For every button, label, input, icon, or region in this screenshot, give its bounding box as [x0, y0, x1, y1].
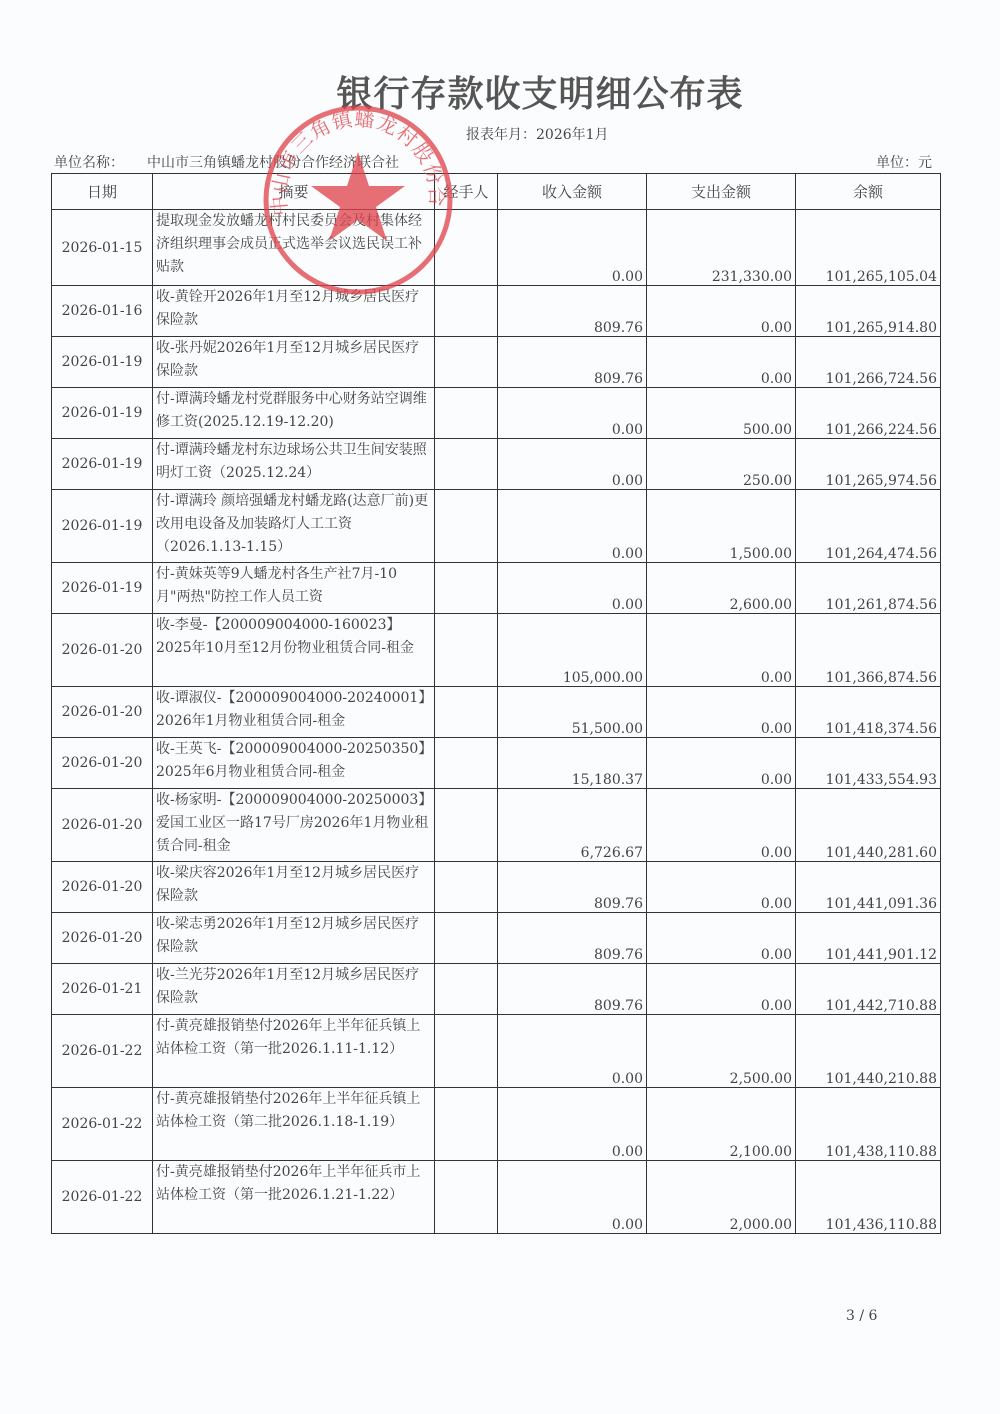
handler-cell: [435, 862, 498, 913]
income-cell: 809.76: [498, 286, 647, 337]
table-row: 2026-01-19付-谭满玲蟠龙村党群服务中心财务站空调维修工资(2025.1…: [52, 388, 941, 439]
date-cell: 2026-01-19: [52, 337, 153, 388]
unit-name-label: 单位名称：: [54, 152, 124, 172]
expense-cell: 2,500.00: [647, 1015, 796, 1088]
balance-cell: 101,265,105.04: [796, 210, 941, 286]
unit-name: 中山市三角镇蟠龙村股份合作经济联合社: [147, 152, 399, 172]
expense-cell: 2,600.00: [647, 563, 796, 614]
expense-cell: 231,330.00: [647, 210, 796, 286]
page-title: 银行存款收支明细公布表: [0, 66, 1000, 117]
expense-cell: 0.00: [647, 614, 796, 687]
income-cell: 105,000.00: [498, 614, 647, 687]
expense-cell: 0.00: [647, 337, 796, 388]
expense-cell: 500.00: [647, 388, 796, 439]
balance-cell: 101,266,724.56: [796, 337, 941, 388]
page-number: 3 / 6: [846, 1308, 877, 1324]
balance-cell: 101,265,914.80: [796, 286, 941, 337]
report-period: 报表年月：2026年1月: [466, 124, 609, 144]
income-cell: 0.00: [498, 1015, 647, 1088]
balance-cell: 101,418,374.56: [796, 687, 941, 738]
summary-cell: 收-黄铨开2026年1月至12月城乡居民医疗保险款: [153, 286, 435, 337]
balance-cell: 101,440,210.88: [796, 1015, 941, 1088]
income-cell: 809.76: [498, 862, 647, 913]
expense-cell: 0.00: [647, 913, 796, 964]
summary-cell: 付-黄亮雄报销垫付2026年上半年征兵镇上站体检工资（第二批2026.1.18-…: [153, 1088, 435, 1161]
table-row: 2026-01-21收-兰光芬2026年1月至12月城乡居民医疗保险款809.7…: [52, 964, 941, 1015]
expense-cell: 0.00: [647, 738, 796, 789]
income-cell: 809.76: [498, 964, 647, 1015]
table-row: 2026-01-22付-黄亮雄报销垫付2026年上半年征兵镇上站体检工资（第二批…: [52, 1088, 941, 1161]
summary-cell: 收-张丹妮2026年1月至12月城乡居民医疗保险款: [153, 337, 435, 388]
summary-cell: 收-王英飞-【200009004000-20250350】2025年6月物业租赁…: [153, 738, 435, 789]
table-row: 2026-01-22付-黄亮雄报销垫付2026年上半年征兵市上站体检工资（第一批…: [52, 1161, 941, 1234]
balance-cell: 101,440,281.60: [796, 789, 941, 862]
table-row: 2026-01-19付-谭满玲 颜培强蟠龙村蟠龙路(达意厂前)更改用电设备及加装…: [52, 490, 941, 563]
income-cell: 0.00: [498, 490, 647, 563]
handler-cell: [435, 913, 498, 964]
balance-cell: 101,438,110.88: [796, 1088, 941, 1161]
table-header-row: 日期 摘要 经手人 收入金额 支出金额 余额: [52, 174, 941, 210]
expense-cell: 2,100.00: [647, 1088, 796, 1161]
date-cell: 2026-01-22: [52, 1015, 153, 1088]
table-row: 2026-01-19付-谭满玲蟠龙村东边球场公共卫生间安装照明灯工资（2025.…: [52, 439, 941, 490]
expense-cell: 0.00: [647, 789, 796, 862]
expense-cell: 0.00: [647, 687, 796, 738]
balance-cell: 101,441,901.12: [796, 913, 941, 964]
handler-cell: [435, 964, 498, 1015]
date-cell: 2026-01-19: [52, 563, 153, 614]
column-header-summary: 摘要: [153, 174, 435, 210]
handler-cell: [435, 286, 498, 337]
handler-cell: [435, 1161, 498, 1234]
income-cell: 809.76: [498, 913, 647, 964]
date-cell: 2026-01-20: [52, 862, 153, 913]
balance-cell: 101,441,091.36: [796, 862, 941, 913]
handler-cell: [435, 614, 498, 687]
date-cell: 2026-01-21: [52, 964, 153, 1015]
column-header-expense: 支出金额: [647, 174, 796, 210]
summary-cell: 付-谭满玲蟠龙村东边球场公共卫生间安装照明灯工资（2025.12.24）: [153, 439, 435, 490]
balance-cell: 101,433,554.93: [796, 738, 941, 789]
balance-cell: 101,264,474.56: [796, 490, 941, 563]
date-cell: 2026-01-16: [52, 286, 153, 337]
date-cell: 2026-01-19: [52, 388, 153, 439]
handler-cell: [435, 738, 498, 789]
handler-cell: [435, 439, 498, 490]
ledger-body: 2026-01-15提取现金发放蟠龙村村民委员会及村集体经济组织理事会成员正式选…: [52, 210, 941, 1234]
column-header-income: 收入金额: [498, 174, 647, 210]
date-cell: 2026-01-15: [52, 210, 153, 286]
table-row: 2026-01-20收-王英飞-【200009004000-20250350】2…: [52, 738, 941, 789]
income-cell: 0.00: [498, 563, 647, 614]
summary-cell: 收-兰光芬2026年1月至12月城乡居民医疗保险款: [153, 964, 435, 1015]
column-header-handler: 经手人: [435, 174, 498, 210]
date-cell: 2026-01-20: [52, 687, 153, 738]
handler-cell: [435, 687, 498, 738]
table-row: 2026-01-16收-黄铨开2026年1月至12月城乡居民医疗保险款809.7…: [52, 286, 941, 337]
handler-cell: [435, 388, 498, 439]
summary-cell: 收-李曼-【200009004000-160023】2025年10月至12月份物…: [153, 614, 435, 687]
table-row: 2026-01-19收-张丹妮2026年1月至12月城乡居民医疗保险款809.7…: [52, 337, 941, 388]
income-cell: 0.00: [498, 210, 647, 286]
expense-cell: 1,500.00: [647, 490, 796, 563]
date-cell: 2026-01-19: [52, 490, 153, 563]
table-row: 2026-01-20收-梁志勇2026年1月至12月城乡居民医疗保险款809.7…: [52, 913, 941, 964]
balance-cell: 101,366,874.56: [796, 614, 941, 687]
balance-cell: 101,442,710.88: [796, 964, 941, 1015]
table-row: 2026-01-20收-李曼-【200009004000-160023】2025…: [52, 614, 941, 687]
income-cell: 6,726.67: [498, 789, 647, 862]
income-cell: 809.76: [498, 337, 647, 388]
table-row: 2026-01-20收-杨家明-【200009004000-20250003】爱…: [52, 789, 941, 862]
summary-cell: 付-谭满玲蟠龙村党群服务中心财务站空调维修工资(2025.12.19-12.20…: [153, 388, 435, 439]
summary-cell: 付-黄亮雄报销垫付2026年上半年征兵镇上站体检工资（第一批2026.1.11-…: [153, 1015, 435, 1088]
summary-cell: 收-梁庆容2026年1月至12月城乡居民医疗保险款: [153, 862, 435, 913]
summary-cell: 付-谭满玲 颜培强蟠龙村蟠龙路(达意厂前)更改用电设备及加装路灯人工工资（202…: [153, 490, 435, 563]
date-cell: 2026-01-22: [52, 1161, 153, 1234]
table-row: 2026-01-22付-黄亮雄报销垫付2026年上半年征兵镇上站体检工资（第一批…: [52, 1015, 941, 1088]
handler-cell: [435, 490, 498, 563]
income-cell: 0.00: [498, 388, 647, 439]
table-row: 2026-01-15提取现金发放蟠龙村村民委员会及村集体经济组织理事会成员正式选…: [52, 210, 941, 286]
handler-cell: [435, 337, 498, 388]
date-cell: 2026-01-20: [52, 789, 153, 862]
income-cell: 15,180.37: [498, 738, 647, 789]
income-cell: 0.00: [498, 1088, 647, 1161]
income-cell: 0.00: [498, 1161, 647, 1234]
summary-cell: 付-黄妹英等9人蟠龙村各生产社7月-10月"两热"防控工作人员工资: [153, 563, 435, 614]
summary-cell: 收-杨家明-【200009004000-20250003】爱国工业区一路17号厂…: [153, 789, 435, 862]
handler-cell: [435, 1088, 498, 1161]
expense-cell: 2,000.00: [647, 1161, 796, 1234]
table-row: 2026-01-20收-梁庆容2026年1月至12月城乡居民医疗保险款809.7…: [52, 862, 941, 913]
summary-cell: 付-黄亮雄报销垫付2026年上半年征兵市上站体检工资（第一批2026.1.21-…: [153, 1161, 435, 1234]
handler-cell: [435, 563, 498, 614]
balance-cell: 101,261,874.56: [796, 563, 941, 614]
handler-cell: [435, 1015, 498, 1088]
date-cell: 2026-01-19: [52, 439, 153, 490]
date-cell: 2026-01-22: [52, 1088, 153, 1161]
table-row: 2026-01-20收-谭淑仪-【200009004000-20240001】2…: [52, 687, 941, 738]
balance-cell: 101,265,974.56: [796, 439, 941, 490]
expense-cell: 0.00: [647, 286, 796, 337]
date-cell: 2026-01-20: [52, 738, 153, 789]
expense-cell: 0.00: [647, 862, 796, 913]
handler-cell: [435, 210, 498, 286]
ledger-table: 日期 摘要 经手人 收入金额 支出金额 余额 2026-01-15提取现金发放蟠…: [51, 173, 941, 1234]
income-cell: 51,500.00: [498, 687, 647, 738]
handler-cell: [435, 789, 498, 862]
balance-cell: 101,266,224.56: [796, 388, 941, 439]
date-cell: 2026-01-20: [52, 913, 153, 964]
summary-cell: 收-梁志勇2026年1月至12月城乡居民医疗保险款: [153, 913, 435, 964]
currency-unit: 单位：元: [876, 152, 932, 172]
balance-cell: 101,436,110.88: [796, 1161, 941, 1234]
table-row: 2026-01-19付-黄妹英等9人蟠龙村各生产社7月-10月"两热"防控工作人…: [52, 563, 941, 614]
income-cell: 0.00: [498, 439, 647, 490]
summary-cell: 提取现金发放蟠龙村村民委员会及村集体经济组织理事会成员正式选举会议选民误工补贴款: [153, 210, 435, 286]
expense-cell: 0.00: [647, 964, 796, 1015]
date-cell: 2026-01-20: [52, 614, 153, 687]
column-header-balance: 余额: [796, 174, 941, 210]
expense-cell: 250.00: [647, 439, 796, 490]
summary-cell: 收-谭淑仪-【200009004000-20240001】2026年1月物业租赁…: [153, 687, 435, 738]
column-header-date: 日期: [52, 174, 153, 210]
